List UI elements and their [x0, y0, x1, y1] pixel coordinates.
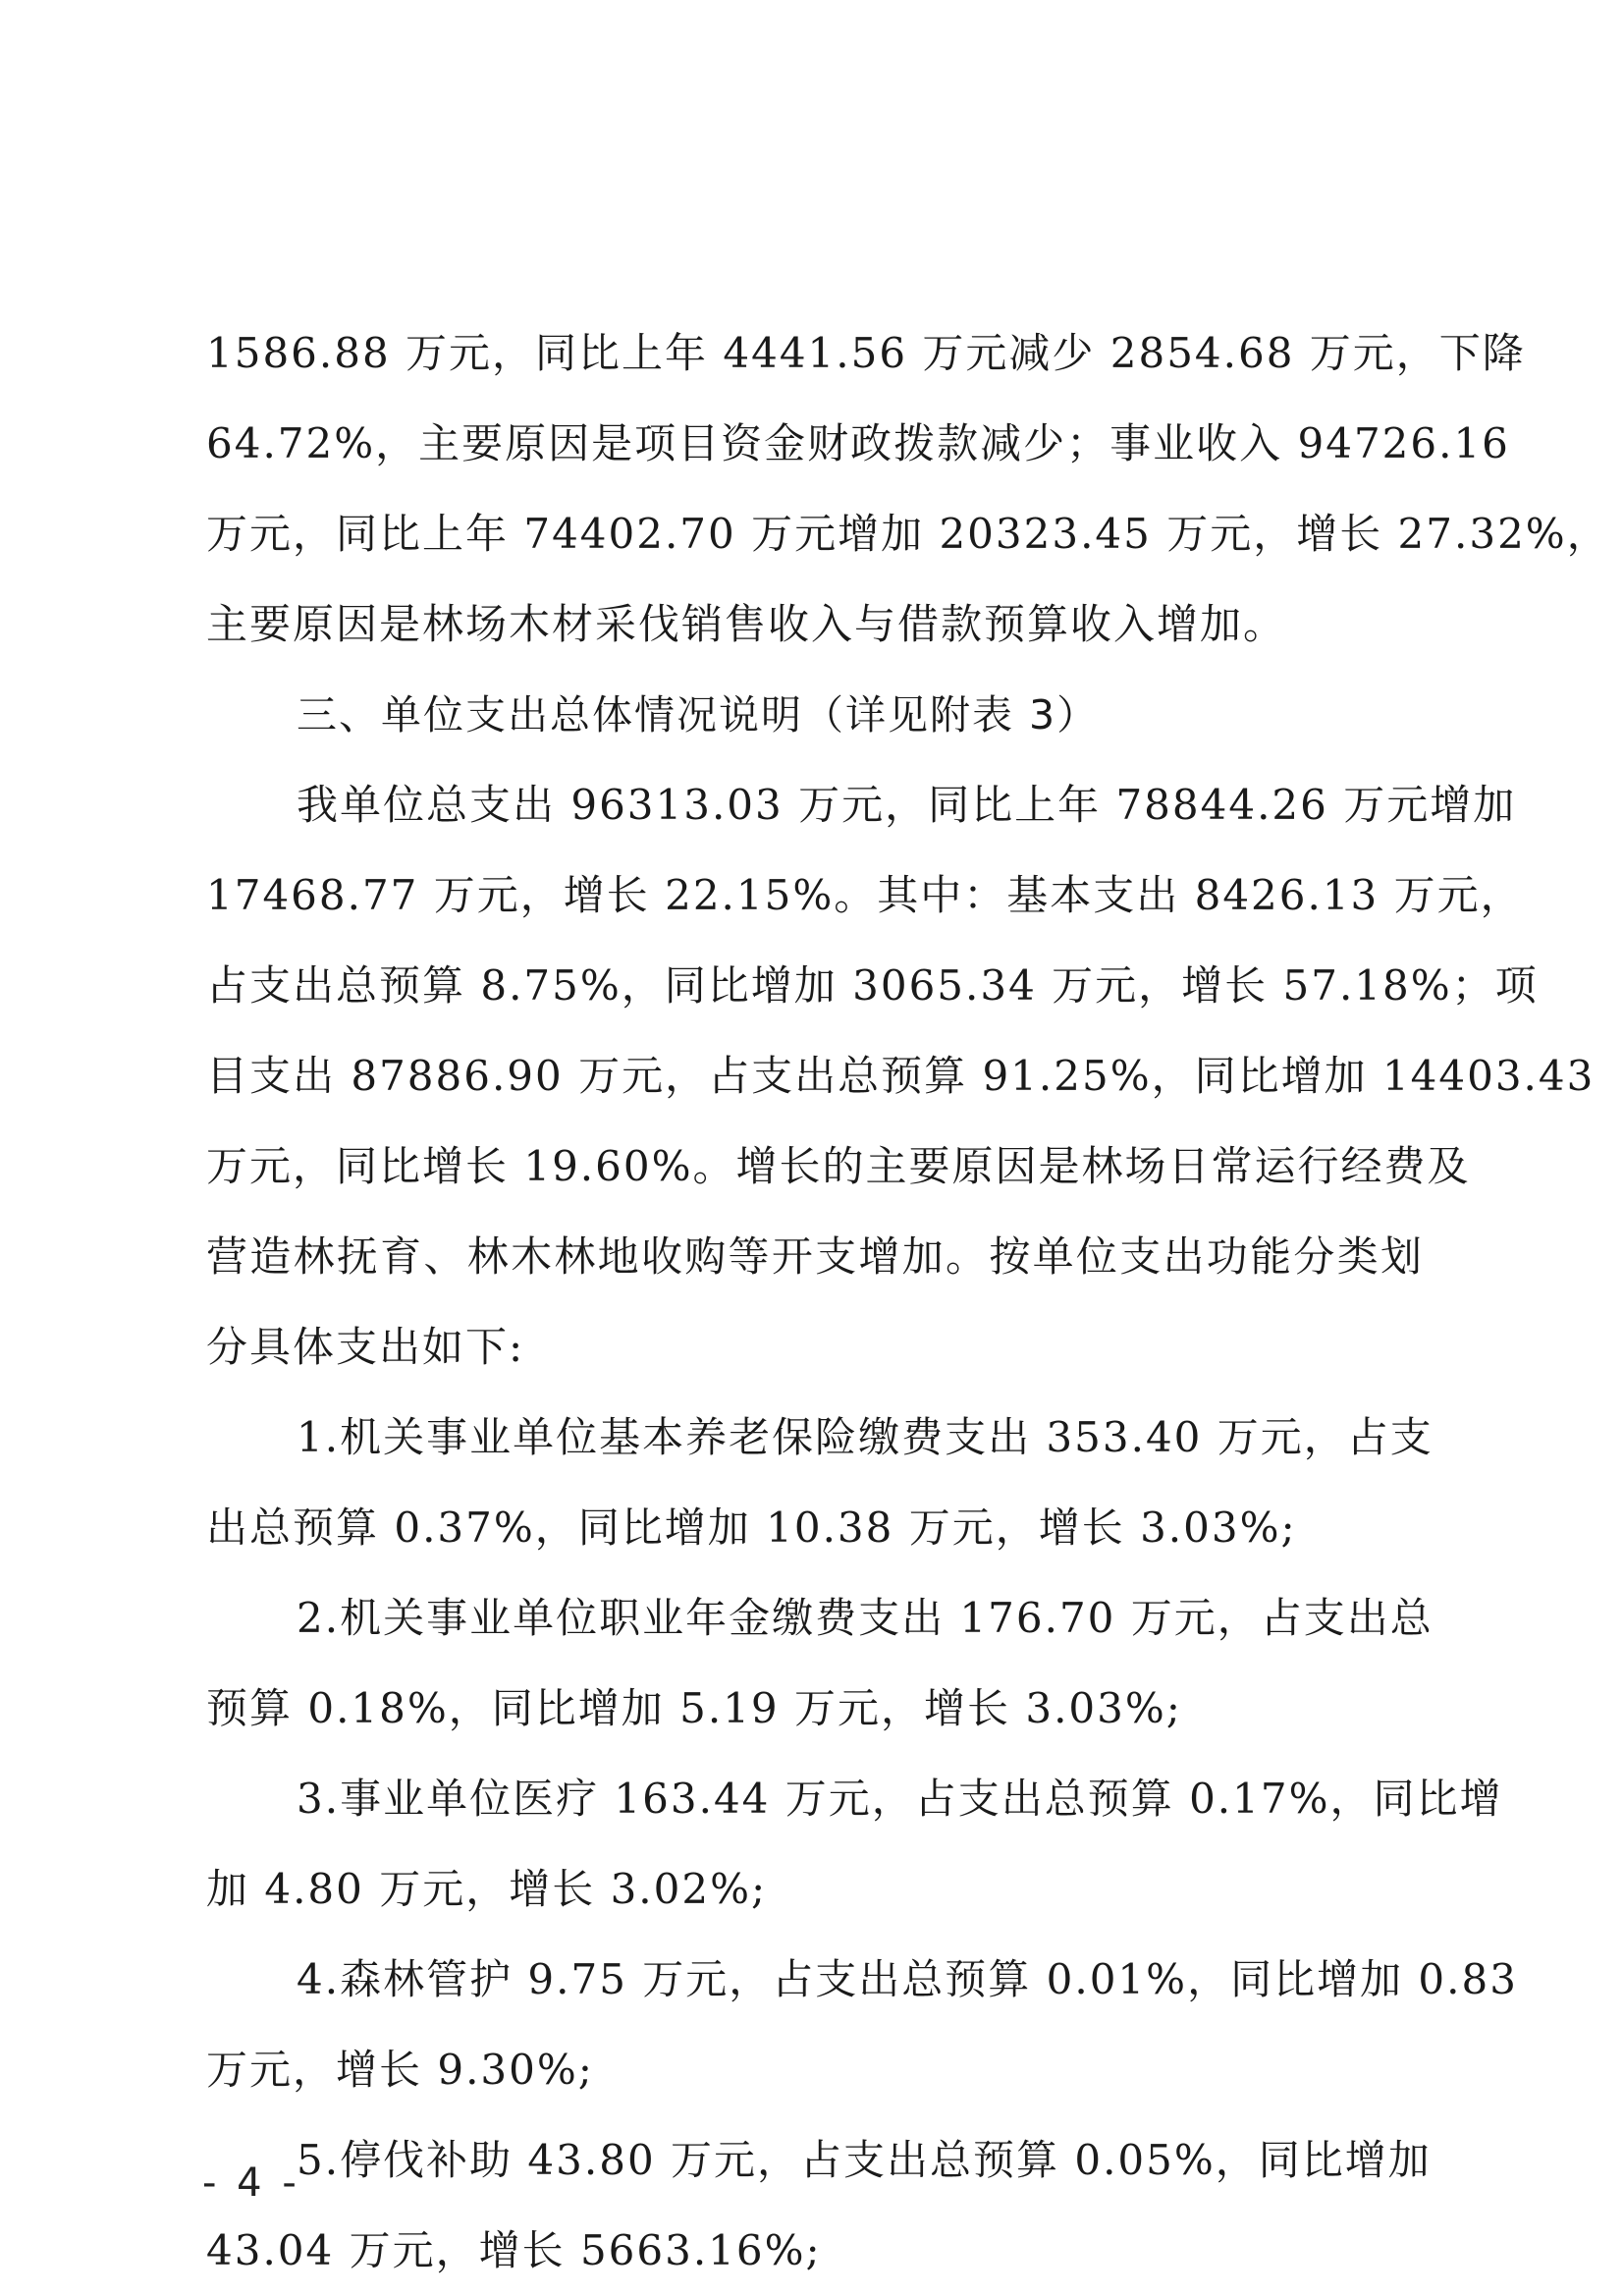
paragraph-line: 64.72%，主要原因是项目资金财政拨款减少；事业收入 94726.16	[206, 405, 1424, 483]
list-item-1-line: 1.机关事业单位基本养老保险缴费支出 353.40 万元，占支	[297, 1398, 1424, 1477]
paragraph-line: 分具体支出如下:	[206, 1308, 524, 1387]
paragraph-line: 万元，同比上年 74402.70 万元增加 20323.45 万元，增长 27.…	[206, 495, 1424, 574]
paragraph-line: 占支出总预算 8.75%，同比增加 3065.34 万元，增长 57.18%；项	[206, 947, 1424, 1025]
section-heading: 三、单位支出总体情况说明（详见附表 3）	[297, 676, 1099, 754]
list-item-4-line: 万元，增长 9.30%;	[206, 2031, 594, 2109]
paragraph-line: 1586.88 万元，同比上年 4441.56 万元减少 2854.68 万元，…	[206, 314, 1424, 393]
list-item-3-line: 加 4.80 万元，增长 3.02%;	[206, 1850, 767, 1929]
paragraph-line: 万元，同比增长 19.60%。增长的主要原因是林场日常运行经费及	[206, 1127, 1424, 1206]
list-item-2-line: 预算 0.18%，同比增加 5.19 万元，增长 3.03%;	[206, 1669, 1182, 1748]
list-item-4-line: 4.森林管护 9.75 万元，占支出总预算 0.01%，同比增加 0.83	[297, 1941, 1424, 2019]
list-item-2-line: 2.机关事业单位职业年金缴费支出 176.70 万元，占支出总	[297, 1579, 1424, 1658]
paragraph-line: 目支出 87886.90 万元，占支出总预算 91.25%，同比增加 14403…	[206, 1037, 1424, 1116]
paragraph-line: 17468.77 万元，增长 22.15%。其中：基本支出 8426.13 万元…	[206, 856, 1424, 935]
list-item-3-line: 3.事业单位医疗 163.44 万元，占支出总预算 0.17%，同比增	[297, 1760, 1424, 1838]
list-item-1-line: 出总预算 0.37%，同比增加 10.38 万元，增长 3.03%;	[206, 1489, 1297, 1567]
paragraph-line: 我单位总支出 96313.03 万元，同比上年 78844.26 万元增加	[297, 766, 1424, 845]
list-item-5-line: 5.停伐补助 43.80 万元，占支出总预算 0.05%，同比增加	[297, 2121, 1424, 2200]
page-number: - 4 -	[202, 2160, 300, 2206]
list-item-5-line: 43.04 万元，增长 5663.16%;	[206, 2212, 822, 2290]
paragraph-line: 营造林抚育、林木林地收购等开支增加。按单位支出功能分类划	[206, 1218, 1424, 1296]
paragraph-line: 主要原因是林场木材采伐销售收入与借款预算收入增加。	[206, 585, 1286, 664]
